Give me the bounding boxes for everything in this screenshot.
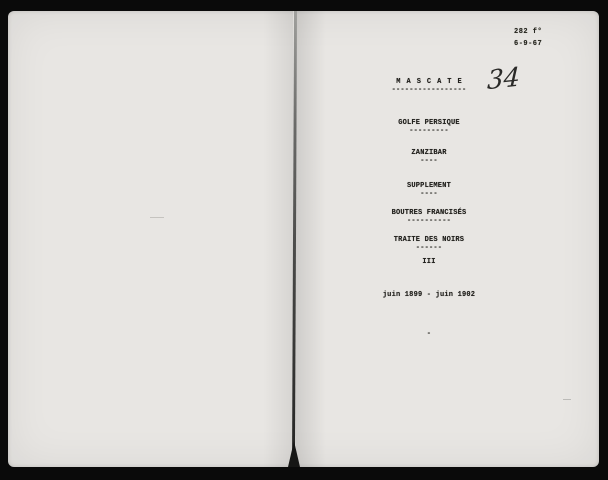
heading-traite-des-noirs: TRAITE DES NOIRS ------ bbox=[329, 236, 529, 252]
scan-speck bbox=[150, 217, 164, 218]
heading-underline: ---- bbox=[329, 191, 529, 198]
heading-supplement: SUPPLEMENT ---- bbox=[329, 182, 529, 198]
heading-underline: ------ bbox=[329, 245, 529, 252]
scan-speck bbox=[563, 399, 571, 400]
title-underline: ----------------- bbox=[329, 87, 529, 94]
spine-bottom-shadow bbox=[288, 441, 300, 467]
volume-number-text: III bbox=[329, 258, 529, 267]
right-page-gutter-shadow bbox=[296, 11, 326, 467]
heading-boutres-francises: BOUTRES FRANCISÉS ---------- bbox=[329, 209, 529, 225]
heading-zanzibar: ZANZIBAR ---- bbox=[329, 149, 529, 165]
document-title: MASCATE ----------------- bbox=[329, 78, 529, 94]
film-frame: 282 f° 6-9-67 34 MASCATE ---------------… bbox=[0, 0, 608, 480]
heading-underline: ---------- bbox=[329, 218, 529, 225]
title-page-content: MASCATE ----------------- GOLFE PERSIQUE… bbox=[329, 0, 529, 480]
small-dash-text: - bbox=[329, 330, 529, 339]
small-dash-mark: - bbox=[329, 330, 529, 339]
volume-number: III bbox=[329, 258, 529, 267]
heading-underline: --------- bbox=[329, 128, 529, 135]
heading-underline: ---- bbox=[329, 158, 529, 165]
date-range: juin 1899 - juin 1902 bbox=[329, 291, 529, 300]
heading-golfe-persique: GOLFE PERSIQUE --------- bbox=[329, 119, 529, 135]
left-page-gutter-shadow bbox=[263, 11, 293, 467]
date-range-text: juin 1899 - juin 1902 bbox=[329, 291, 529, 300]
